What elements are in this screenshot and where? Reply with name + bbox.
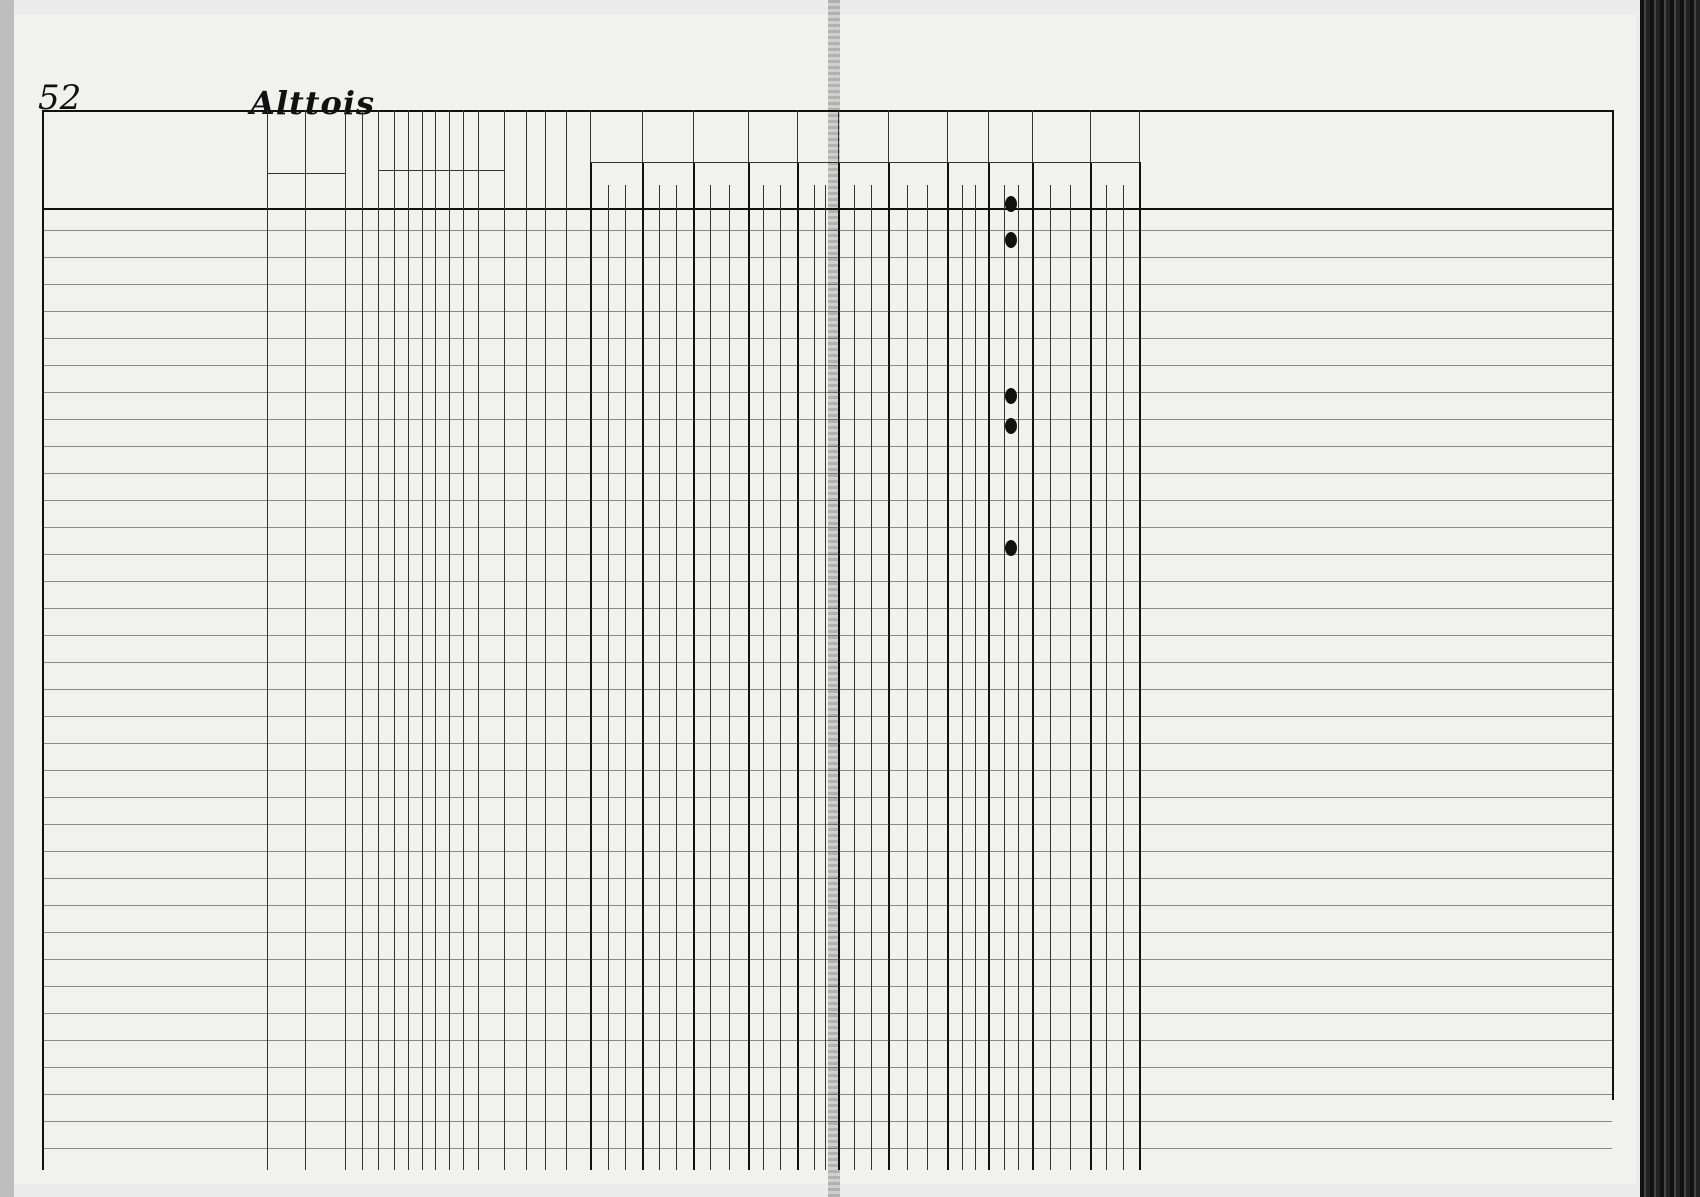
column-rule — [378, 110, 379, 1170]
row-rule — [42, 905, 1612, 906]
year-divider — [642, 162, 644, 1170]
row-rule — [42, 851, 1612, 852]
row-rule — [42, 419, 1612, 420]
subcolumn-rule — [871, 185, 872, 1170]
row-rule — [42, 446, 1612, 447]
subcolumn-rule — [1018, 185, 1019, 1170]
year-divider — [1090, 162, 1092, 1170]
subcolumn-rule — [710, 185, 711, 1170]
row-rule — [42, 878, 1612, 879]
column-rule — [422, 110, 423, 1170]
subcolumn-rule — [729, 185, 730, 1170]
year-divider — [888, 162, 890, 1170]
column-rule — [435, 110, 436, 1170]
subcolumn-rule — [814, 185, 815, 1170]
subcolumn-rule — [763, 185, 764, 1170]
row-rule — [42, 284, 1612, 285]
row-rule — [42, 959, 1612, 960]
subcolumn-rule — [1070, 185, 1071, 1170]
row-rule — [42, 1040, 1612, 1041]
row-rule — [42, 365, 1612, 366]
ink-blot — [1005, 196, 1017, 212]
subcolumn-rule — [1106, 185, 1107, 1170]
ink-blot — [1005, 388, 1017, 404]
column-rule — [504, 110, 505, 1170]
year-divider — [947, 162, 949, 1170]
year-divider — [590, 162, 592, 1170]
row-rule — [42, 392, 1612, 393]
column-rule — [545, 110, 546, 1170]
subcolumn-rule — [1050, 185, 1051, 1170]
row-rule — [42, 1121, 1612, 1122]
subcolumn-rule — [854, 185, 855, 1170]
column-rule — [345, 110, 346, 1170]
column-rule — [463, 110, 464, 1170]
column-rule — [267, 110, 268, 1170]
row-rule — [42, 311, 1612, 312]
row-rule — [42, 1148, 1612, 1149]
book-binding — [1640, 0, 1700, 1197]
row-rule — [42, 500, 1612, 501]
year-divider — [748, 162, 750, 1170]
row-rule — [42, 635, 1612, 636]
subcolumn-rule — [659, 185, 660, 1170]
ink-blot — [1005, 540, 1017, 556]
year-divider — [797, 162, 799, 1170]
subcolumn-rule — [780, 185, 781, 1170]
table-left-border — [42, 110, 44, 1170]
subcolumn-rule — [975, 185, 976, 1170]
row-rule — [42, 527, 1612, 528]
subcolumn-rule — [907, 185, 908, 1170]
subcolumn-rule — [927, 185, 928, 1170]
year-divider — [838, 162, 840, 1170]
row-rule — [42, 662, 1612, 663]
header-bottom-border — [42, 208, 1612, 210]
ink-blot — [1005, 232, 1017, 248]
column-rule — [305, 110, 306, 1170]
table-top-border — [42, 110, 1612, 112]
row-rule — [42, 257, 1612, 258]
row-rule — [42, 743, 1612, 744]
column-rule — [449, 110, 450, 1170]
table-right-border — [1612, 110, 1614, 1100]
row-rule — [42, 1094, 1612, 1095]
subcolumn-rule — [676, 185, 677, 1170]
column-rule — [526, 110, 527, 1170]
subcolumn-rule — [608, 185, 609, 1170]
row-rule — [42, 824, 1612, 825]
row-rule — [42, 770, 1612, 771]
year-header-rule — [590, 162, 1139, 163]
row-rule — [42, 1067, 1612, 1068]
register-table — [42, 110, 1612, 1170]
row-rule — [42, 338, 1612, 339]
column-rule — [362, 110, 363, 1170]
column-rule — [478, 110, 479, 1170]
year-divider — [1032, 162, 1034, 1170]
row-rule — [42, 581, 1612, 582]
catechism-header-rule — [378, 170, 504, 171]
register-spread: 52 Alttois — [0, 0, 1700, 1197]
subcolumn-rule — [825, 185, 826, 1170]
row-rule — [42, 608, 1612, 609]
row-rule — [42, 689, 1612, 690]
row-rule — [42, 1013, 1612, 1014]
row-rule — [42, 986, 1612, 987]
year-divider — [693, 162, 695, 1170]
column-rule — [408, 110, 409, 1170]
row-rule — [42, 554, 1612, 555]
subcolumn-rule — [1004, 185, 1005, 1170]
birth-header-rule — [267, 173, 345, 174]
subcolumn-rule — [625, 185, 626, 1170]
year-divider — [988, 162, 990, 1170]
subcolumn-rule — [1123, 185, 1124, 1170]
row-rule — [42, 932, 1612, 933]
column-rule — [394, 110, 395, 1170]
row-rule — [42, 230, 1612, 231]
row-rule — [42, 716, 1612, 717]
subcolumn-rule — [962, 185, 963, 1170]
row-rule — [42, 473, 1612, 474]
year-divider — [1139, 162, 1141, 1170]
book-edge — [0, 0, 14, 1197]
column-rule — [566, 110, 567, 1170]
row-rule — [42, 797, 1612, 798]
ink-blot — [1005, 418, 1017, 434]
